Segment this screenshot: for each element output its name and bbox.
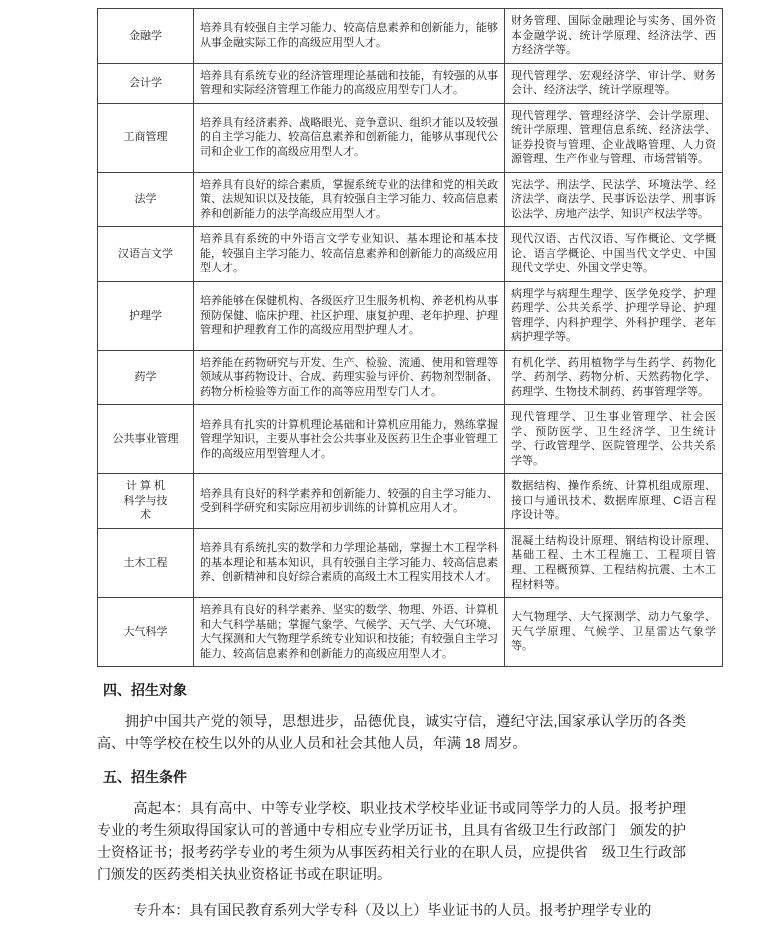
majors-table: 金融学 培养具有较强自主学习能力、较高信息素养和创新能力，能够从事金融实际工作的… — [97, 8, 723, 667]
section-heading-admission-targets: 四、招生对象 — [103, 680, 686, 700]
major-name: 药学 — [98, 350, 194, 405]
major-name: 工商管理 — [98, 103, 194, 172]
major-name: 计 算 机 科学与技 术 — [98, 474, 194, 529]
major-name: 公共事业管理 — [98, 405, 194, 474]
table-row: 公共事业管理 培养具有扎实的计算机理论基础和计算机应用能力，熟练掌握管理学知识，… — [98, 405, 723, 474]
table-row: 护理学 培养能够在保健机构、各级医疗卫生服务机构、养老机构从事预防保健、临床护理… — [98, 281, 723, 350]
main-courses: 大气物理学、大气探测学、动力气象学、天气学原理、气候学、卫星雷达气象学等。 — [505, 598, 723, 667]
training-objective: 培养具有经济素养、战略眼光、竞争意识、组织才能以及较强的自主学习能力、较高信息素… — [194, 103, 505, 172]
training-objective: 培养具有良好的科学素养、坚实的数学、物理、外语、计算机和大气科学基础；掌握气象学… — [194, 598, 505, 667]
table-row: 会计学 培养具有系统专业的经济管理理论基础和技能，有较强的从事管理和实际经济管理… — [98, 63, 723, 103]
training-objective: 培养能在药物研究与开发、生产、检验、流通、使用和管理等领域从事药物设计、合成、药… — [194, 350, 505, 405]
major-name: 大气科学 — [98, 598, 194, 667]
major-name: 汉语言文学 — [98, 227, 194, 282]
training-objective: 培养具有良好的科学素养和创新能力、较强的自主学习能力、受到科学研究和实际应用初步… — [194, 474, 505, 529]
main-courses: 现代管理学、宏观经济学、审计学、财务会计、经济法学、统计学原理等。 — [505, 63, 723, 103]
table-row: 大气科学 培养具有良好的科学素养、坚实的数学、物理、外语、计算机和大气科学基础；… — [98, 598, 723, 667]
table-row: 工商管理 培养具有经济素养、战略眼光、竞争意识、组织才能以及较强的自主学习能力、… — [98, 103, 723, 172]
training-objective: 培养具有系统专业的经济管理理论基础和技能，有较强的从事管理和实际经济管理工作能力… — [194, 63, 505, 103]
gaoqiben-paragraph: 高起本：具有高中、中等专业学校、职业技术学校毕业证书或同等学力的人员。报考护理专… — [97, 797, 686, 885]
table-row: 金融学 培养具有较强自主学习能力、较高信息素养和创新能力，能够从事金融实际工作的… — [98, 9, 723, 64]
main-courses: 数据结构、操作系统、计算机组成原理、接口与通讯技术、数据库原理、C语言程序设计等… — [505, 474, 723, 529]
main-courses: 现代管理学、卫生事业管理学、社会医学、预防医学、卫生经济学、卫生统计学、行政管理… — [505, 405, 723, 474]
major-name: 护理学 — [98, 281, 194, 350]
main-courses: 病理学与病理生理学、医学免疫学、护理药理学、公共关系学、护理学导论、护理管理学、… — [505, 281, 723, 350]
major-name: 法学 — [98, 172, 194, 227]
table-row: 法学 培养具有良好的综合素质，掌握系统专业的法律和党的相关政策、法规知识以及技能… — [98, 172, 723, 227]
training-objective: 培养能够在保健机构、各级医疗卫生服务机构、养老机构从事预防保健、临床护理、社区护… — [194, 281, 505, 350]
admission-targets-paragraph: 拥护中国共产党的领导，思想进步，品德优良，诚实守信，遵纪守法,国家承认学历的各类… — [97, 710, 686, 754]
table-row: 土木工程 培养具有系统扎实的数学和力学理论基础，掌握土木工程学科的基本理论和基本… — [98, 528, 723, 597]
training-objective: 培养具有良好的综合素质，掌握系统专业的法律和党的相关政策、法规知识以及技能，具有… — [194, 172, 505, 227]
training-objective: 培养具有扎实的计算机理论基础和计算机应用能力，熟练掌握管理学知识，主要从事社会公… — [194, 405, 505, 474]
majors-table-body: 金融学 培养具有较强自主学习能力、较高信息素养和创新能力，能够从事金融实际工作的… — [98, 9, 723, 667]
zhuanshengben-paragraph: 专升本：具有国民教育系列大学专科（及以上）毕业证书的人员。报考护理学专业的 — [97, 899, 686, 921]
training-objective: 培养具有系统扎实的数学和力学理论基础，掌握土木工程学科的基本理论和基本知识，具有… — [194, 528, 505, 597]
document-page: 金融学 培养具有较强自主学习能力、较高信息素养和创新能力，能够从事金融实际工作的… — [0, 0, 781, 929]
main-courses: 现代管理学、管理经济学、会计学原理、统计学原理、管理信息系统、经济法学、证券投资… — [505, 103, 723, 172]
major-name: 土木工程 — [98, 528, 194, 597]
table-row: 汉语言文学 培养具有系统的中外语言文学专业知识、基本理论和基本技能，较强自主学习… — [98, 227, 723, 282]
section-heading-admission-conditions: 五、招生条件 — [103, 767, 686, 787]
major-name: 会计学 — [98, 63, 194, 103]
main-courses: 混凝土结构设计原理、钢结构设计原理、基础工程、土木工程施工、工程项目管理、工程概… — [505, 528, 723, 597]
major-name: 金融学 — [98, 9, 194, 64]
main-courses: 现代汉语、古代汉语、写作概论、文学概论、语言学概论、中国当代文学史、中国现代文学… — [505, 227, 723, 282]
training-objective: 培养具有系统的中外语言文学专业知识、基本理论和基本技能，较强自主学习能力、较高信… — [194, 227, 505, 282]
main-courses: 宪法学、刑法学、民法学、环境法学、经济法学、商法学、民事诉讼法学、刑事诉讼法学、… — [505, 172, 723, 227]
main-courses: 财务管理、国际金融理论与实务、国外资本金融学说、统计学原理、经济法学、西方经济学… — [505, 9, 723, 64]
training-objective: 培养具有较强自主学习能力、较高信息素养和创新能力，能够从事金融实际工作的高级应用… — [194, 9, 505, 64]
table-row: 计 算 机 科学与技 术 培养具有良好的科学素养和创新能力、较强的自主学习能力、… — [98, 474, 723, 529]
table-row: 药学 培养能在药物研究与开发、生产、检验、流通、使用和管理等领域从事药物设计、合… — [98, 350, 723, 405]
main-courses: 有机化学、药用植物学与生药学、药物化学、药剂学、药物分析、天然药物化学、药理学、… — [505, 350, 723, 405]
